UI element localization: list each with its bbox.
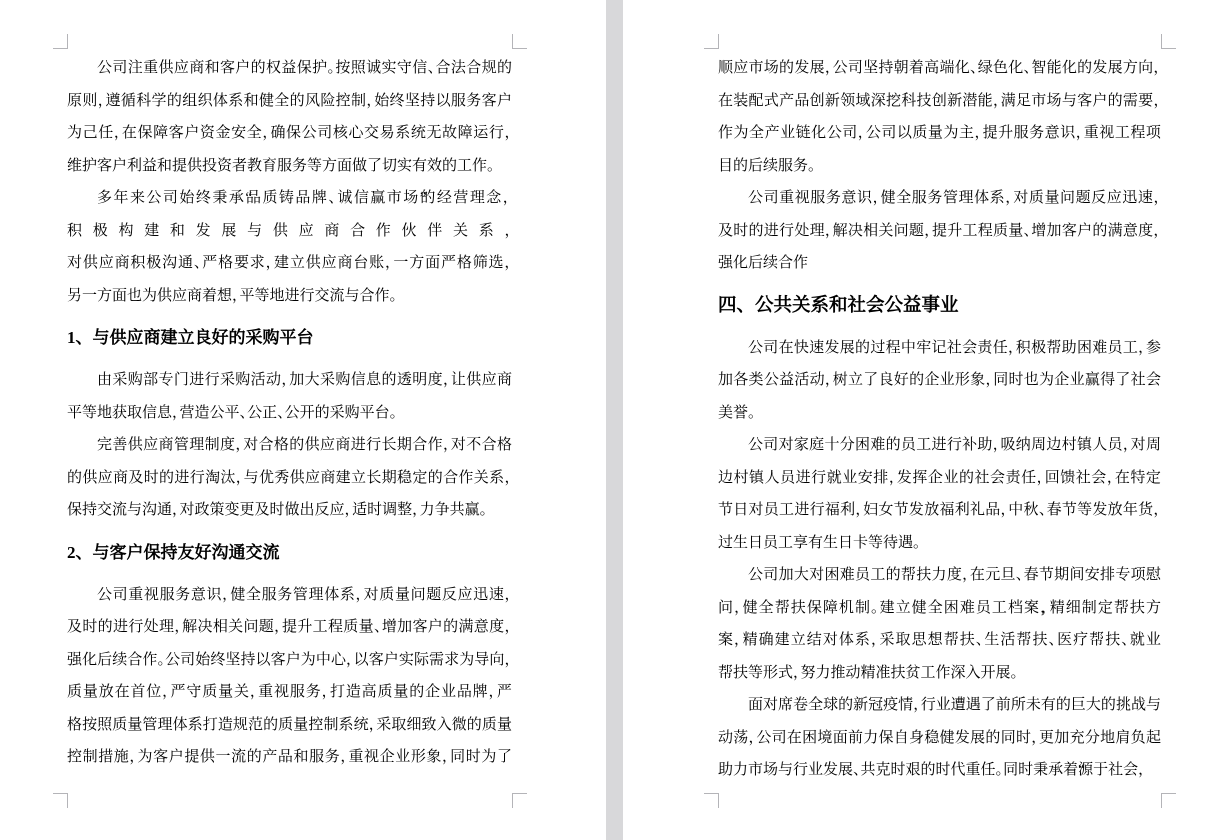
text-line: 平等地获取信息，营造公平、公正、公开的采购平台。 <box>67 397 512 430</box>
text-boundary-mark-bottom-right-p2 <box>1161 793 1176 808</box>
text-line: 多年来公司始终秉承“品质铸品牌、诚信赢市场”的经营理念， <box>67 182 512 215</box>
section-heading: 1、与供应商建立良好的采购平台 <box>67 312 512 364</box>
section-heading: 2、与客户保持友好沟通交流 <box>67 527 512 579</box>
text-line: 保持交流与沟通，对政策变更及时做出反应，适时调整，力争共赢。 <box>67 494 512 527</box>
text-line: 质量放在首位，严守质量关，重视服务，打造高质量的企业品牌，严 <box>67 676 512 709</box>
text-line: 控制措施，为客户提供一流的产品和服务，重视企业形象，同时为了 <box>67 741 512 774</box>
text-line: 公司重视服务意识，健全服务管理体系，对质量问题反应迅速， <box>718 182 1161 215</box>
text-line: 公司对家庭十分困难的员工进行补助，吸纳周边村镇人员，对周 <box>718 429 1161 462</box>
text-line: 加各类公益活动，树立了良好的企业形象，同时也为企业赢得了社会 <box>718 364 1161 397</box>
text-line: 节日对员工进行福利，妇女节发放福利礼品，中秋、春节等发放年货， <box>718 494 1161 527</box>
text-line: 美誉。 <box>718 397 1161 430</box>
text-line: 的供应商及时的进行淘汰，与优秀供应商建立长期稳定的合作关系， <box>67 462 512 495</box>
text-line: 公司重视服务意识，健全服务管理体系，对质量问题反应迅速， <box>67 579 512 612</box>
text-boundary-mark-top-left-p1 <box>53 34 68 49</box>
text-line: 案，精确建立结对体系，采取思想帮扶、生活帮扶、医疗帮扶、就业 <box>718 624 1161 657</box>
text-line: 公司在快速发展的过程中牢记社会责任，积极帮助困难员工，参 <box>718 332 1161 365</box>
text-line: 作为全产业链化公司，公司以质量为主，提升服务意识，重视工程项 <box>718 117 1161 150</box>
text-line: 边村镇人员进行就业安排，发挥企业的社会责任，回馈社会，在特定 <box>718 462 1161 495</box>
text-line: 面对席卷全球的新冠疫情，行业遭遇了前所未有的巨大的挑战与 <box>718 689 1161 722</box>
text-line: 强化后续合作 <box>718 247 1161 280</box>
document-canvas: 公司注重供应商和客户的权益保护。按照诚实守信、合法合规的原则，遵循科学的组织体系… <box>0 0 1230 840</box>
text-line: 过生日员工享有生日卡等待遇。 <box>718 527 1161 560</box>
text-line: 完善供应商管理制度，对合格的供应商进行长期合作，对不合格 <box>67 429 512 462</box>
text-line: 维护客户利益和提供投资者教育服务等方面做了切实有效的工作。 <box>67 150 512 183</box>
text-line: 公司注重供应商和客户的权益保护。按照诚实守信、合法合规的 <box>67 52 512 85</box>
page-1-text-column: 公司注重供应商和客户的权益保护。按照诚实守信、合法合规的原则，遵循科学的组织体系… <box>67 52 512 774</box>
text-line: 强化后续合作。公司始终坚持以客户为中心，以客户实际需求为导向， <box>67 644 512 677</box>
text-line: 为己任，在保障客户资金安全，确保公司核心交易系统无故障运行， <box>67 117 512 150</box>
text-boundary-mark-bottom-right-p1 <box>512 793 527 808</box>
text-line: 及时的进行处理，解决相关问题，提升工程质量、增加客户的满意度， <box>718 215 1161 248</box>
text-line: 由采购部专门进行采购活动，加大采购信息的透明度，让供应商 <box>67 364 512 397</box>
text-line: 顺应市场的发展，公司坚持朝着高端化、绿色化、智能化的发展方向， <box>718 52 1161 85</box>
text-line: 动荡，公司在困境面前力保自身稳健发展的同时，更加充分地肩负起 <box>718 722 1161 755</box>
text-line: 对供应商积极沟通、严格要求，建立供应商台账，一方面严格筛选， <box>67 247 512 280</box>
text-line: 另一方面也为供应商着想，平等地进行交流与合作。 <box>67 280 512 313</box>
text-line: 问，健全帮扶保障机制。建立健全困难员工档案，，精细制定帮扶方 <box>718 592 1161 625</box>
text-line: 助力市场与行业发展、共克时艰的时代重任。同时秉承着“源于社会， <box>718 754 1161 787</box>
text-line: 公司加大对困难员工的帮扶力度，在元旦、春节期间安排专项慰 <box>718 559 1161 592</box>
text-boundary-mark-top-left-p2 <box>704 34 719 49</box>
text-boundary-mark-top-right-p1 <box>512 34 527 49</box>
text-boundary-mark-top-right-p2 <box>1161 34 1176 49</box>
text-line: 及时的进行处理，解决相关问题，提升工程质量、增加客户的满意度， <box>67 611 512 644</box>
text-line: 目的后续服务。 <box>718 150 1161 183</box>
text-line: 原则，遵循科学的组织体系和健全的风险控制，始终坚持以服务客户 <box>67 85 512 118</box>
text-line: 在装配式产品创新领域深挖科技创新潜能，满足市场与客户的需要， <box>718 85 1161 118</box>
chapter-heading: 四、公共关系和社会公益事业 <box>718 280 1161 332</box>
text-line: 格按照质量管理体系打造规范的质量控制系统，采取细致入微的质量 <box>67 709 512 742</box>
text-boundary-mark-bottom-left-p2 <box>704 793 719 808</box>
text-boundary-mark-bottom-left-p1 <box>53 793 68 808</box>
text-line: 积极构建和发展与供应商合作伙伴关系，注重与供应商的沟通和协调， <box>67 215 512 248</box>
page-2-text-column: 顺应市场的发展，公司坚持朝着高端化、绿色化、智能化的发展方向，在装配式产品创新领… <box>718 52 1161 787</box>
page-gap <box>606 0 623 840</box>
text-line: 帮扶等形式，努力推动精准扶贫工作深入开展。 <box>718 657 1161 690</box>
